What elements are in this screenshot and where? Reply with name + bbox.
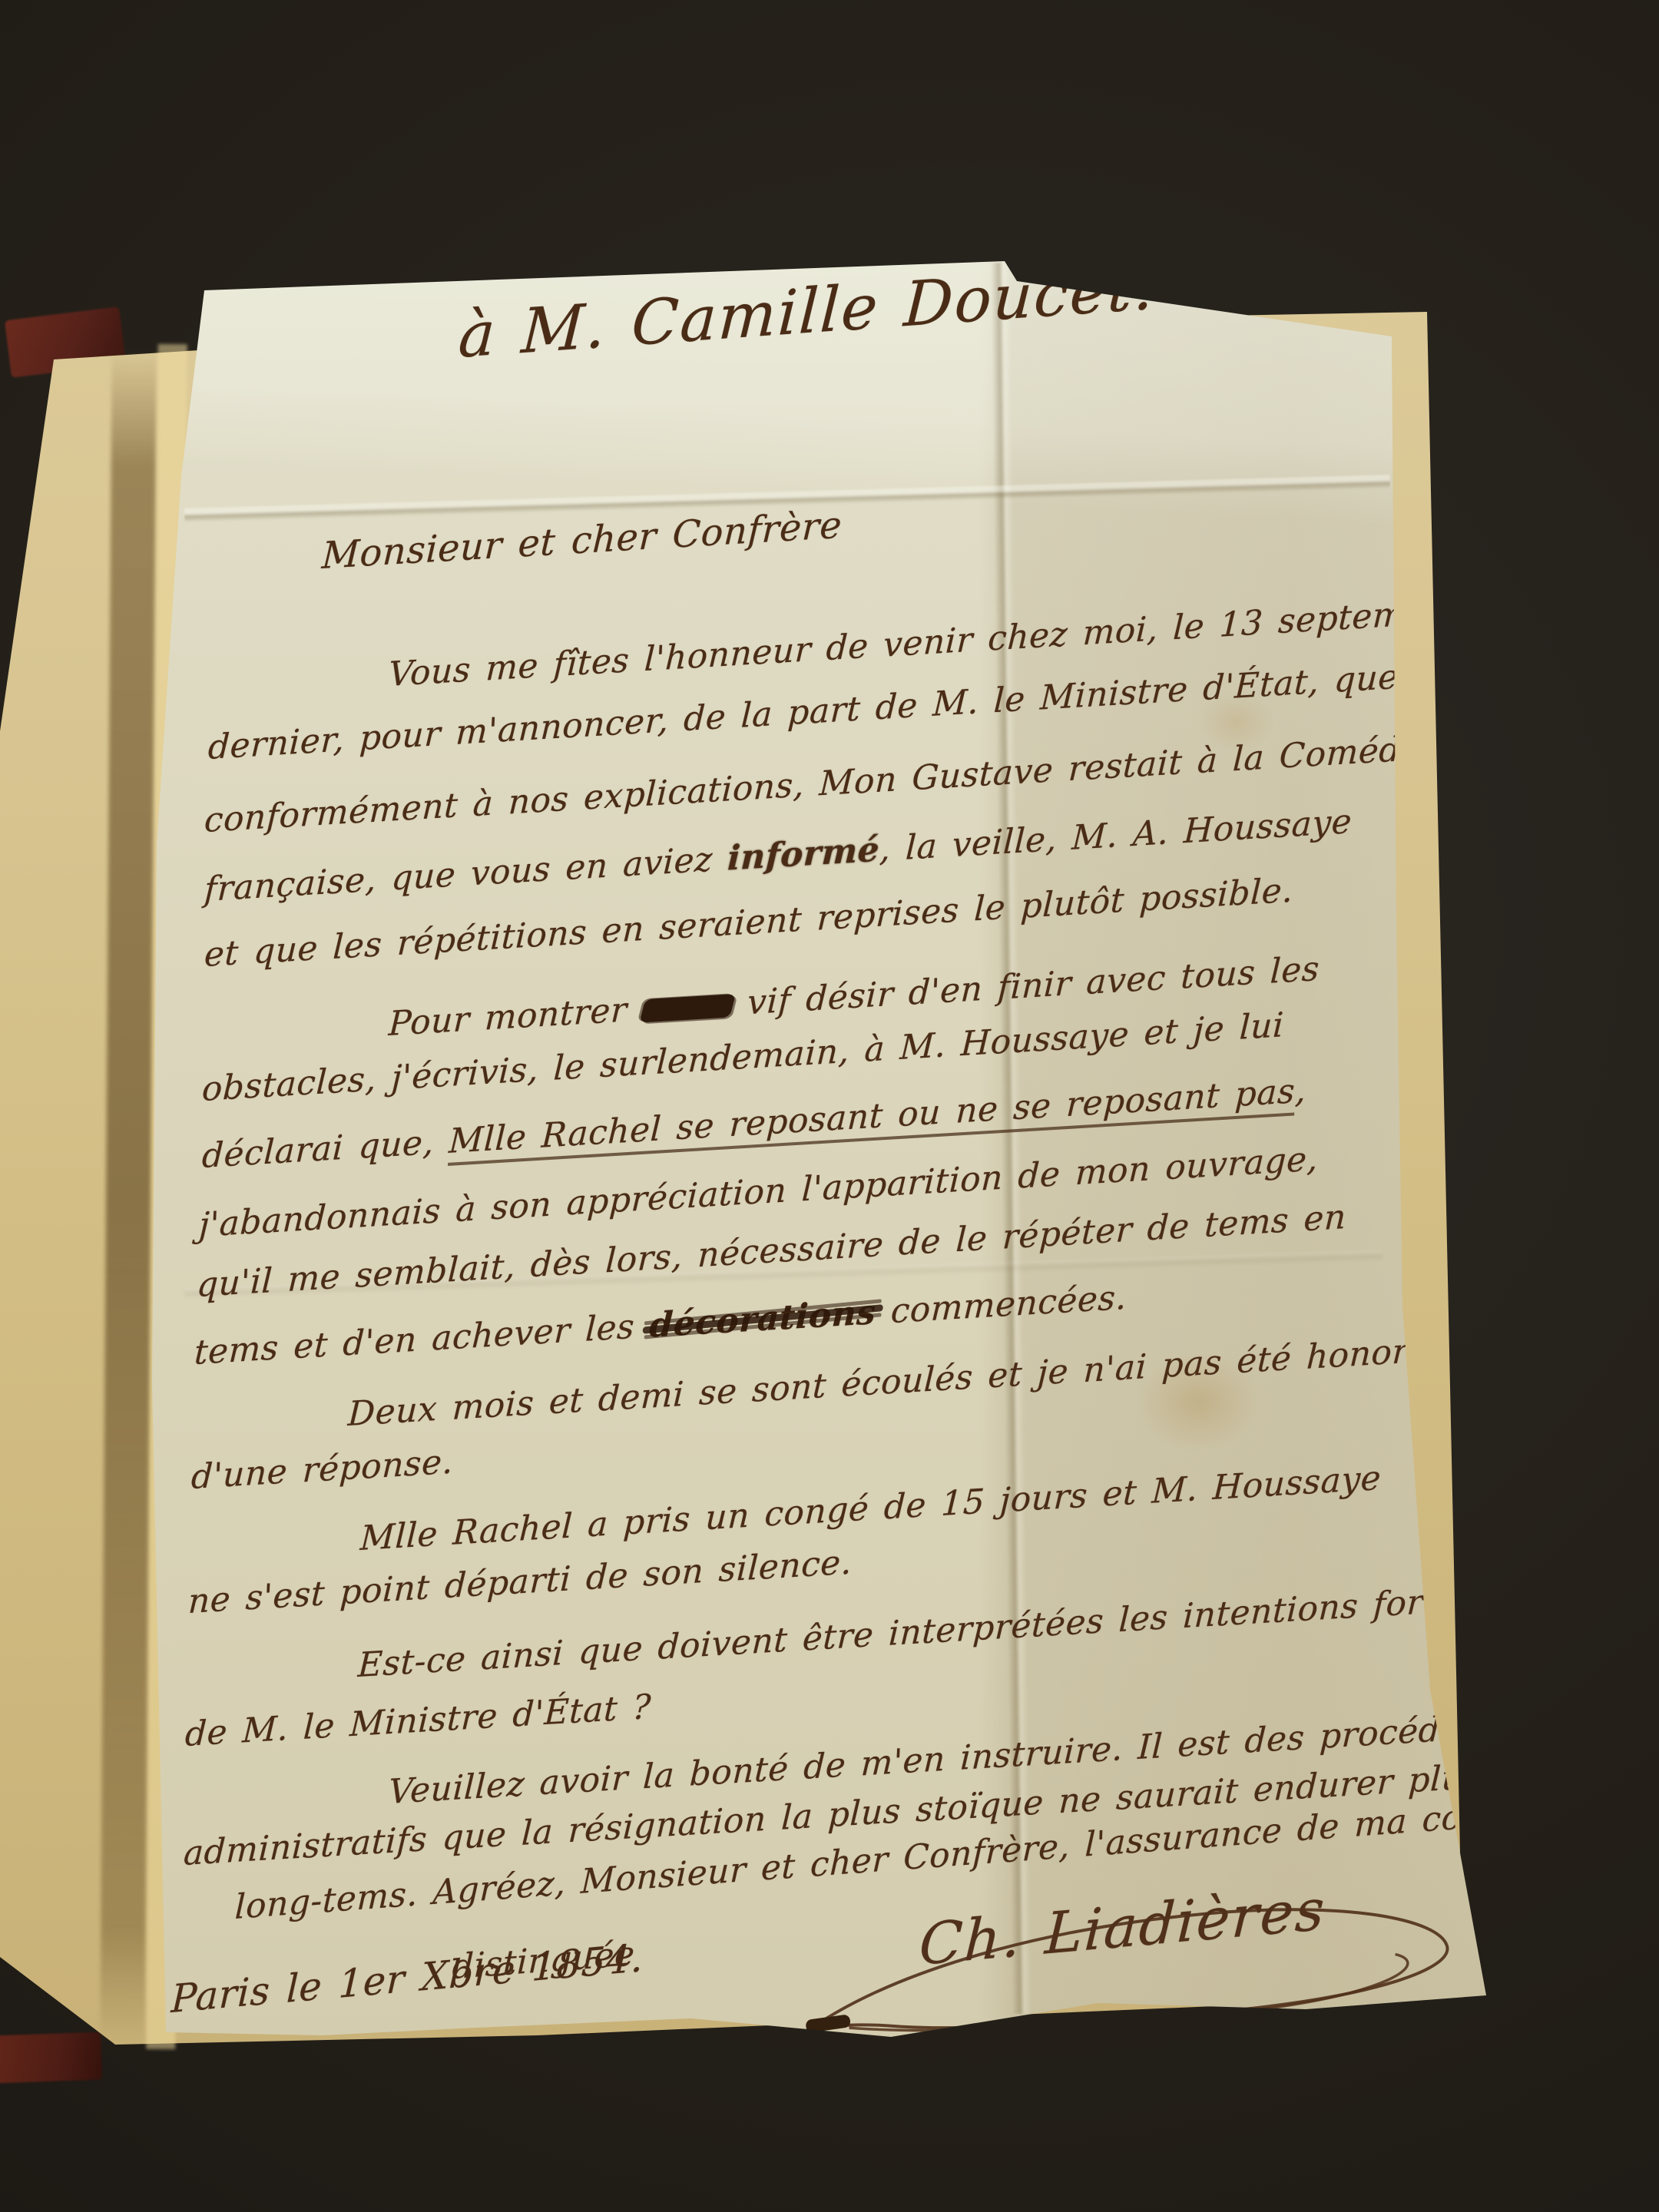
salutation: Monsieur et cher Confrère	[321, 507, 843, 575]
struck-through-word: décorations	[649, 1293, 877, 1346]
body-line: ne s'est point départi de son silence.	[187, 1545, 853, 1619]
body-text: commencées.	[875, 1278, 1128, 1333]
body-line: d'une réponse.	[190, 1445, 454, 1495]
body-line: de M. le Ministre d'État ?	[184, 1690, 652, 1752]
photo-of-manuscript-letter: à M. Camille Doucet. Monsieur et cher Co…	[0, 0, 1659, 2212]
body-text: déclarai que,	[201, 1122, 450, 1176]
date-line: Paris le 1er Xbre 1854.	[171, 1939, 644, 2018]
body-text: française, que vous en aviez	[204, 839, 729, 909]
blotted-out-word	[639, 994, 736, 1023]
book-leather-edge-bottom	[0, 2032, 102, 2084]
body-text: tems et d'en achever les	[194, 1306, 651, 1373]
body-text: , la veille, M. A. Houssaye	[879, 802, 1353, 869]
overwritten-word: informé	[727, 830, 880, 879]
address-line: à M. Camille Doucet.	[457, 257, 1157, 367]
body-text: Pour montrer	[388, 990, 628, 1044]
body-line: Mlle Rachel a pris un congé de 15 jours …	[359, 1462, 1382, 1556]
body-text: ,	[1294, 1071, 1307, 1111]
